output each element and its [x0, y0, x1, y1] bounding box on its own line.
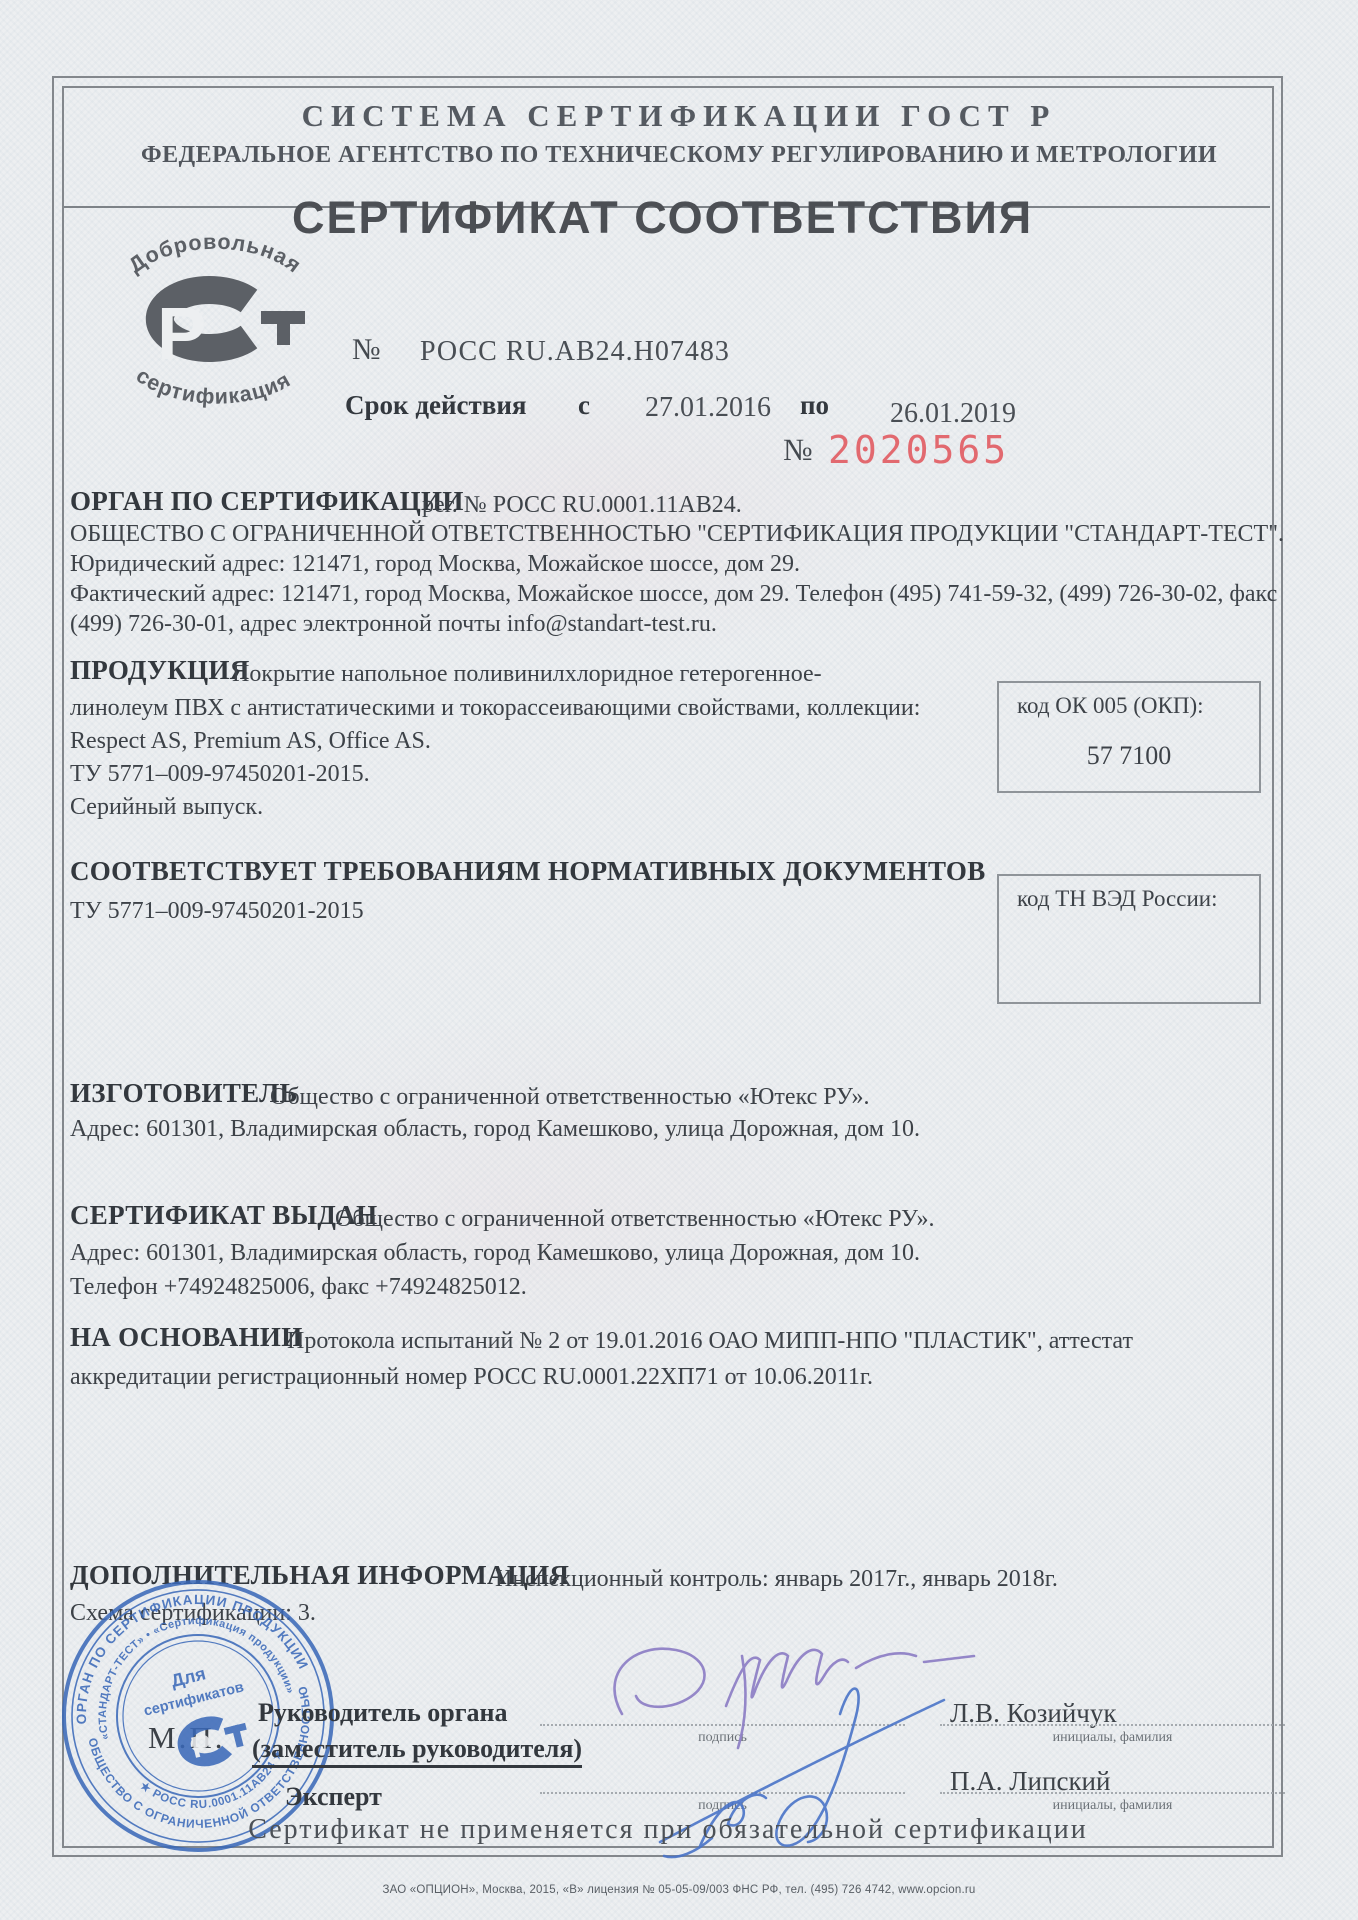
org-line: Фактический адрес: 121471, город Москва,… [70, 581, 1277, 608]
head-signature-label: Руководитель органа [258, 1698, 508, 1728]
expert-sign-line [540, 1792, 905, 1794]
certificate-title: СЕРТИФИКАТ СООТВЕТСТВИЯ [292, 192, 1033, 244]
product-inline: Покрытие напольное поливинилхлоридное ге… [232, 661, 822, 688]
rst-logo: Добровольная сертификация Р [93, 213, 323, 413]
basis-inline: Протокола испытаний № 2 от 19.01.2016 ОА… [287, 1328, 1133, 1355]
logo-top-text: Добровольная [124, 230, 306, 278]
compliance-label: СООТВЕТСТВУЕТ ТРЕБОВАНИЯМ НОРМАТИВНЫХ ДО… [70, 856, 986, 887]
logo-t-shape [261, 311, 305, 345]
validity-to-label: по [800, 390, 829, 421]
org-label: ОРГАН ПО СЕРТИФИКАЦИИ [70, 486, 464, 517]
issued-phone: Телефон +74924825006, факс +74924825012. [70, 1274, 527, 1301]
validity-to-date: 26.01.2019 [890, 398, 1016, 430]
org-line: Юридический адрес: 121471, город Москва,… [70, 551, 800, 578]
org-line: ОБЩЕСТВО С ОГРАНИЧЕННОЙ ОТВЕТСТВЕННОСТЬЮ… [70, 521, 1284, 548]
agency-title: ФЕДЕРАЛЬНОЕ АГЕНТСТВО ПО ТЕХНИЧЕСКОМУ РЕ… [0, 142, 1358, 169]
stamp-rst-mini: Р [180, 1714, 252, 1766]
manufacturer-address: Адрес: 601301, Владимирская область, гор… [70, 1116, 920, 1143]
additional-inline: Инспекционный контроль: январь 2017г., я… [495, 1566, 1058, 1593]
head-name-line [940, 1724, 1285, 1726]
expert-name-caption: инициалы, фамилия [940, 1798, 1285, 1814]
footer-note: Сертификат не применяется при обязательн… [62, 1814, 1274, 1846]
certificate-page: СИСТЕМА СЕРТИФИКАЦИИ ГОСТ Р ФЕДЕРАЛЬНОЕ … [0, 0, 1358, 1920]
validity-label: Срок действия [345, 390, 527, 421]
okp-box: код ОК 005 (ОКП): 57 7100 [997, 681, 1261, 793]
expert-name-line [940, 1792, 1285, 1794]
system-title: СИСТЕМА СЕРТИФИКАЦИИ ГОСТ Р [0, 98, 1358, 134]
basis-label: НА ОСНОВАНИИ [70, 1322, 303, 1353]
head-signature-label2: (заместитель руководителя) [252, 1734, 582, 1768]
blank-number-label: № [783, 432, 813, 468]
svg-text:Добровольная: Добровольная [124, 230, 306, 278]
issued-address: Адрес: 601301, Владимирская область, гор… [70, 1240, 920, 1267]
stamp-center-line1: Для [169, 1663, 208, 1691]
org-reg: рег. № РОСС RU.0001.11АВ24. [422, 492, 742, 519]
issued-inline: Общество с ограниченной ответственностью… [335, 1206, 935, 1233]
head-name-caption: инициалы, фамилия [940, 1730, 1285, 1746]
expert-signature-label: Эксперт [285, 1782, 382, 1812]
manufacturer-label: ИЗГОТОВИТЕЛЬ [70, 1078, 298, 1109]
org-line: (499) 726-30-01, адрес электронной почты… [70, 611, 717, 638]
validity-from-label: с [578, 390, 590, 421]
product-label: ПРОДУКЦИЯ [70, 655, 250, 686]
head-sign-line [540, 1724, 905, 1726]
cert-number-label: № [352, 333, 381, 367]
product-line: Respect AS, Premium AS, Office AS. [70, 728, 431, 755]
compliance-value: ТУ 5771–009-97450201-2015 [70, 898, 364, 925]
cert-number-value: РОСС RU.AB24.H07483 [420, 336, 730, 368]
manufacturer-inline: Общество с ограниченной ответственностью… [270, 1084, 870, 1111]
product-line: линолеум ПВХ с антистатическими и токора… [70, 695, 920, 722]
validity-from-date: 27.01.2016 [645, 392, 771, 424]
blank-number-value: 2020565 [828, 428, 1009, 472]
basis-line: аккредитации регистрационный номер РОСС … [70, 1364, 873, 1391]
product-line: ТУ 5771–009-97450201-2015. [70, 761, 370, 788]
printer-info: ЗАО «ОПЦИОН», Москва, 2015, «В» лицензия… [0, 1884, 1358, 1896]
tnved-box: код ТН ВЭД России: [997, 874, 1261, 1004]
logo-p-letter: Р [157, 292, 206, 375]
tnved-box-label: код ТН ВЭД России: [999, 876, 1259, 912]
issued-label: СЕРТИФИКАТ ВЫДАН [70, 1200, 377, 1231]
okp-box-value: 57 7100 [999, 741, 1259, 771]
head-sign-caption: подпись [540, 1730, 905, 1746]
okp-box-label: код ОК 005 (ОКП): [999, 683, 1259, 719]
product-line: Серийный выпуск. [70, 794, 263, 821]
expert-sign-caption: подпись [540, 1798, 905, 1814]
